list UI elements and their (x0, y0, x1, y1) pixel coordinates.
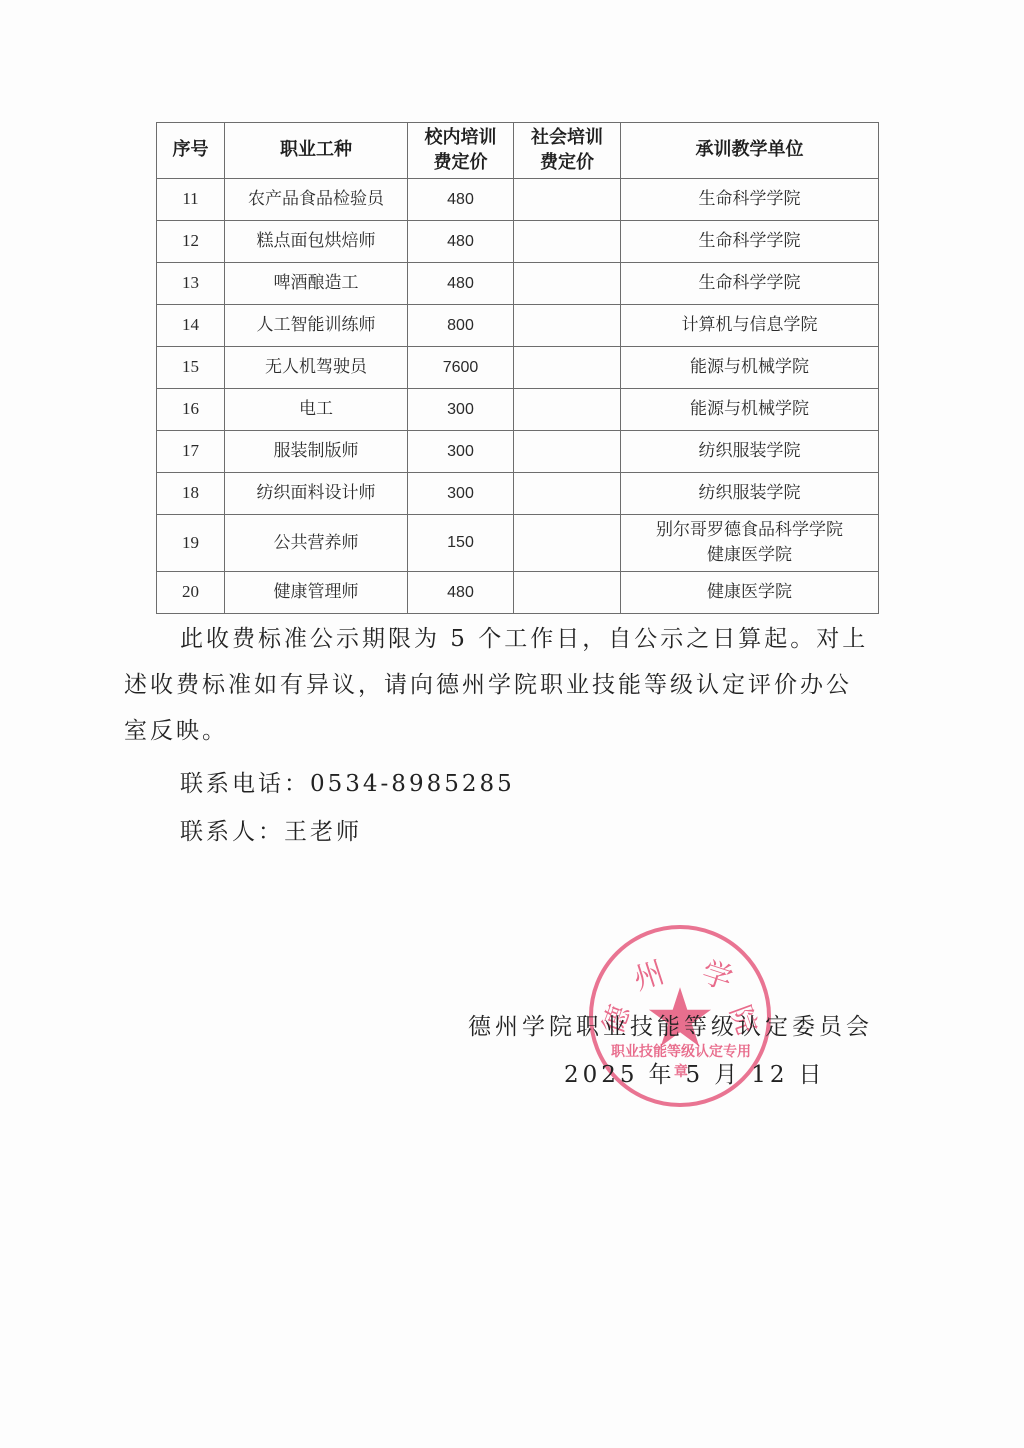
fee-table: 序号 职业工种 校内培训 费定价 社会培训 费定价 承训教学单位 11 农产品食… (156, 122, 879, 614)
document-page: 序号 职业工种 校内培训 费定价 社会培训 费定价 承训教学单位 11 农产品食… (0, 0, 1024, 1448)
cell-campus-fee: 150 (408, 515, 514, 572)
header-social-fee-line2: 费定价 (514, 151, 620, 175)
unit-name: 生命科学学院 (621, 187, 878, 212)
header-social-fee-line1: 社会培训 (514, 126, 620, 150)
date-year-unit: 年 (649, 1062, 676, 1088)
contact-person-label: 联系人： (180, 819, 284, 845)
cell-index: 18 (157, 473, 225, 515)
header-index: 序号 (157, 123, 225, 179)
contact-person-line: 联系人：王老师 (180, 813, 362, 846)
table-row: 14 人工智能训练师 800 计算机与信息学院 (157, 305, 879, 347)
header-unit: 承训教学单位 (621, 123, 879, 179)
date-month-unit: 月 (714, 1062, 741, 1088)
cell-social-fee (514, 347, 621, 389)
cell-social-fee (514, 515, 621, 572)
cell-index: 14 (157, 305, 225, 347)
cell-index: 11 (157, 179, 225, 221)
table-row: 17 服装制版师 300 纺织服装学院 (157, 431, 879, 473)
notice-line-2: 述收费标准如有异议，请向德州学院职业技能等级认定评价办公 (124, 662, 904, 708)
cell-occupation: 啤酒酿造工 (225, 263, 408, 305)
cell-unit: 生命科学学院 (621, 263, 879, 305)
cell-unit: 计算机与信息学院 (621, 305, 879, 347)
cell-social-fee (514, 179, 621, 221)
header-campus-fee-line2: 费定价 (408, 151, 513, 175)
cell-campus-fee: 300 (408, 473, 514, 515)
date-month: 5 (686, 1062, 705, 1088)
table-row: 18 纺织面料设计师 300 纺织服装学院 (157, 473, 879, 515)
cell-index: 17 (157, 431, 225, 473)
cell-social-fee (514, 221, 621, 263)
notice-line-1: 此收费标准公示期限为 5 个工作日，自公示之日算起。对上 (124, 616, 904, 662)
cell-campus-fee: 800 (408, 305, 514, 347)
cell-unit: 纺织服装学院 (621, 431, 879, 473)
unit-name: 能源与机械学院 (621, 355, 878, 380)
cell-index: 15 (157, 347, 225, 389)
unit-name: 健康医学院 (621, 580, 878, 605)
table-row: 13 啤酒酿造工 480 生命科学学院 (157, 263, 879, 305)
header-occupation: 职业工种 (225, 123, 408, 179)
cell-occupation: 电工 (225, 389, 408, 431)
cell-social-fee (514, 473, 621, 515)
cell-index: 12 (157, 221, 225, 263)
cell-social-fee (514, 431, 621, 473)
contact-phone-label: 联系电话： (180, 771, 310, 797)
cell-index: 19 (157, 515, 225, 572)
unit-name: 健康医学院 (621, 543, 878, 568)
date-day: 12 (751, 1062, 788, 1088)
cell-campus-fee: 480 (408, 221, 514, 263)
cell-social-fee (514, 263, 621, 305)
cell-index: 13 (157, 263, 225, 305)
date-year: 2025 (564, 1062, 639, 1088)
cell-social-fee (514, 389, 621, 431)
cell-unit: 能源与机械学院 (621, 347, 879, 389)
notice-paragraph: 此收费标准公示期限为 5 个工作日，自公示之日算起。对上 述收费标准如有异议，请… (124, 616, 904, 754)
cell-social-fee (514, 305, 621, 347)
unit-name: 别尔哥罗德食品科学学院 (621, 518, 878, 543)
cell-campus-fee: 480 (408, 263, 514, 305)
cell-occupation: 无人机驾驶员 (225, 347, 408, 389)
table-row: 11 农产品食品检验员 480 生命科学学院 (157, 179, 879, 221)
unit-name: 能源与机械学院 (621, 397, 878, 422)
cell-unit: 能源与机械学院 (621, 389, 879, 431)
cell-occupation: 人工智能训练师 (225, 305, 408, 347)
unit-name: 纺织服装学院 (621, 481, 878, 506)
cell-unit: 生命科学学院 (621, 221, 879, 263)
cell-occupation: 公共营养师 (225, 515, 408, 572)
notice-text-1: 此收费标准公示期限为 5 个工作日，自公示之日算起。对上 (180, 626, 868, 652)
unit-name: 生命科学学院 (621, 271, 878, 296)
header-campus-fee-line1: 校内培训 (408, 126, 513, 150)
cell-campus-fee: 480 (408, 179, 514, 221)
cell-unit: 生命科学学院 (621, 179, 879, 221)
cell-occupation: 健康管理师 (225, 572, 408, 614)
table-row: 20 健康管理师 480 健康医学院 (157, 572, 879, 614)
cell-index: 20 (157, 572, 225, 614)
header-campus-fee: 校内培训 费定价 (408, 123, 514, 179)
unit-name: 计算机与信息学院 (621, 313, 878, 338)
unit-name: 生命科学学院 (621, 229, 878, 254)
cell-campus-fee: 480 (408, 572, 514, 614)
cell-occupation: 服装制版师 (225, 431, 408, 473)
date-day-unit: 日 (798, 1062, 825, 1088)
table-row: 15 无人机驾驶员 7600 能源与机械学院 (157, 347, 879, 389)
unit-name: 纺织服装学院 (621, 439, 878, 464)
cell-campus-fee: 7600 (408, 347, 514, 389)
cell-occupation: 纺织面料设计师 (225, 473, 408, 515)
header-social-fee: 社会培训 费定价 (514, 123, 621, 179)
cell-index: 16 (157, 389, 225, 431)
table-row: 12 糕点面包烘焙师 480 生命科学学院 (157, 221, 879, 263)
notice-line-3: 室反映。 (124, 708, 904, 754)
cell-campus-fee: 300 (408, 389, 514, 431)
contact-phone-line: 联系电话：0534-8985285 (180, 765, 515, 798)
signature-org: 德州学院职业技能等级认定委员会 (468, 1008, 873, 1041)
contact-phone: 0534-8985285 (310, 771, 515, 797)
cell-social-fee (514, 572, 621, 614)
table-row: 16 电工 300 能源与机械学院 (157, 389, 879, 431)
table-header-row: 序号 职业工种 校内培训 费定价 社会培训 费定价 承训教学单位 (157, 123, 879, 179)
cell-unit: 纺织服装学院 (621, 473, 879, 515)
cell-campus-fee: 300 (408, 431, 514, 473)
cell-occupation: 农产品食品检验员 (225, 179, 408, 221)
cell-unit: 别尔哥罗德食品科学学院 健康医学院 (621, 515, 879, 572)
table-row: 19 公共营养师 150 别尔哥罗德食品科学学院 健康医学院 (157, 515, 879, 572)
contact-person: 王老师 (284, 819, 362, 845)
cell-unit: 健康医学院 (621, 572, 879, 614)
signature-date: 2025年5月12日 (564, 1056, 825, 1089)
cell-occupation: 糕点面包烘焙师 (225, 221, 408, 263)
